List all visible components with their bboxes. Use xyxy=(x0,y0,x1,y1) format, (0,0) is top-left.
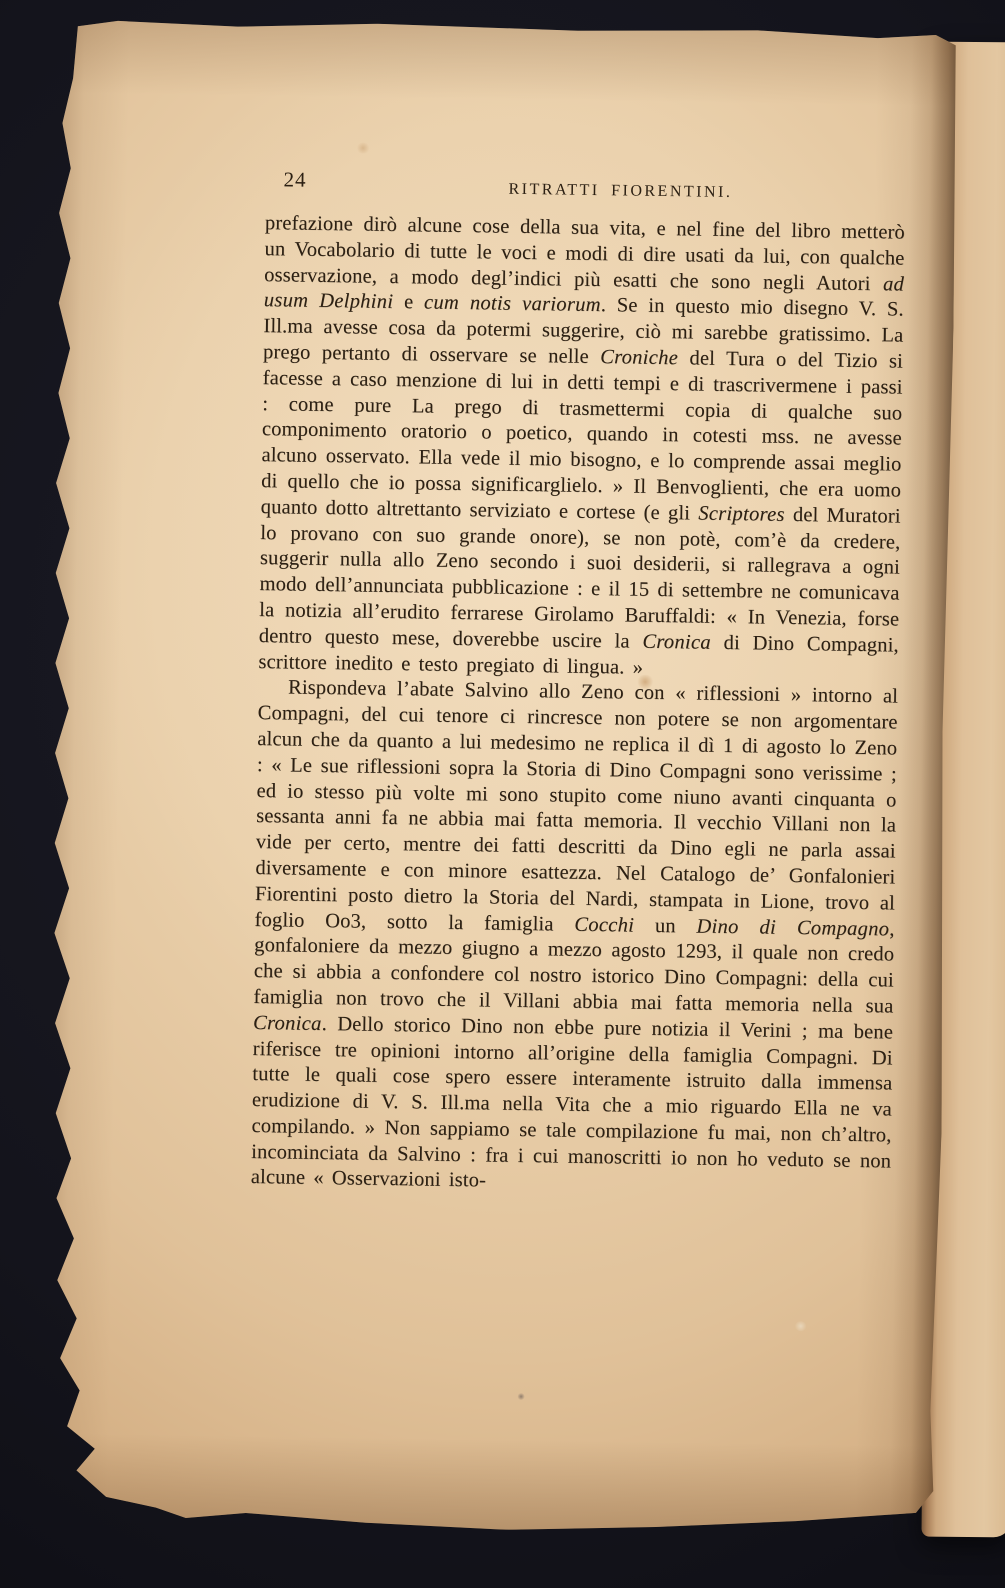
foxing-stain xyxy=(795,1321,807,1331)
text-segment: Dino di Compagno xyxy=(696,915,889,940)
text-segment: . Dello storico Dino non ebbe pure notiz… xyxy=(251,1013,894,1192)
text-segment: cum notis variorum xyxy=(424,292,601,317)
foxing-stain xyxy=(356,142,370,153)
text-segment: Croniche xyxy=(600,346,678,369)
running-header-title: RITRATTI FIORENTINI. xyxy=(265,177,905,204)
text-segment: del Tura o del Tizio si facesse a caso m… xyxy=(261,347,904,524)
paragraph: prefazione dirò alcune cose della sua vi… xyxy=(258,211,905,685)
text-segment: un xyxy=(634,914,697,937)
text-segment: Cronica xyxy=(253,1012,322,1035)
text-segment: Scriptores xyxy=(698,502,785,525)
paragraph: Rispondeva l’abate Salvino allo Zeno con… xyxy=(251,675,899,1200)
scanned-book-photo: 24 RITRATTI FIORENTINI. prefazione dirò … xyxy=(0,0,1005,1588)
text-segment: Rispondeva l’abate Salvino allo Zeno con… xyxy=(254,677,898,935)
page-body-text: prefazione dirò alcune cose della sua vi… xyxy=(251,211,905,1201)
text-block: 24 RITRATTI FIORENTINI. prefazione dirò … xyxy=(251,167,906,1201)
text-segment: prefazione dirò alcune cose della sua vi… xyxy=(264,212,905,295)
text-segment: Cocchi xyxy=(574,913,634,936)
book-page: 24 RITRATTI FIORENTINI. prefazione dirò … xyxy=(36,18,958,1536)
foxing-stain xyxy=(518,1393,525,1400)
text-segment: del Muratori lo provano con suo grande o… xyxy=(259,504,901,653)
text-segment: Cronica xyxy=(642,630,711,653)
text-segment: e xyxy=(393,291,424,313)
